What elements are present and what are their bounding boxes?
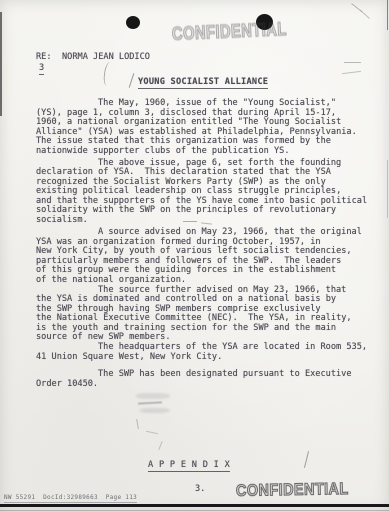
item-number: 3 xyxy=(39,63,44,75)
page-number: 3. xyxy=(195,484,205,494)
scan-bottom-rule-light xyxy=(0,510,389,511)
scan-bottom-rule xyxy=(0,504,389,507)
re-label: RE: xyxy=(36,52,52,62)
paragraph: The headquarters of the YSA are located … xyxy=(36,343,382,362)
pencil-mark xyxy=(344,62,361,63)
pen-mark-slash xyxy=(129,73,135,88)
smudge xyxy=(138,401,162,404)
scan-edge-line-right xyxy=(387,0,389,30)
pencil-mark xyxy=(146,431,158,435)
pencil-mark xyxy=(342,71,361,75)
subject-name: NORMA JEAN LODICO xyxy=(62,52,150,62)
page-title: YOUNG SOCIALIST ALLIANCE xyxy=(138,77,268,89)
paragraph: The source further advised on May 23, 19… xyxy=(36,286,382,344)
confidential-stamp-bottom: CONFIDENTIAL xyxy=(236,479,349,501)
pencil-mark xyxy=(136,419,139,429)
smudge xyxy=(136,393,170,399)
document-page: CONFIDENTIAL CONFIDENTIAL RE: NORMA JEAN… xyxy=(0,0,389,512)
scan-edge-line-right-mid xyxy=(387,160,388,218)
scan-edge-line-left xyxy=(0,12,2,116)
archive-footer: NW 55291 DocId:32989663 Page 113 xyxy=(4,494,137,503)
paragraph: A source advised on May 23, 1966, that t… xyxy=(36,228,382,286)
pen-mark-slash xyxy=(304,451,309,468)
smudge xyxy=(140,408,170,413)
pencil-mark xyxy=(183,221,197,222)
hole-punch-left xyxy=(126,16,140,29)
paragraph: The above issue, page 6, set forth the f… xyxy=(36,159,382,226)
paragraph: The SWP has been designated pursuant to … xyxy=(36,370,382,389)
pencil-mark xyxy=(158,441,162,450)
pencil-mark xyxy=(360,10,370,19)
pen-mark-paren xyxy=(102,61,114,86)
appendix-label: A P P E N D I X xyxy=(148,460,230,472)
paragraph: The May, 1960, issue of the "Young Socia… xyxy=(36,99,382,157)
confidential-stamp-top: CONFIDENTIAL xyxy=(172,19,288,45)
